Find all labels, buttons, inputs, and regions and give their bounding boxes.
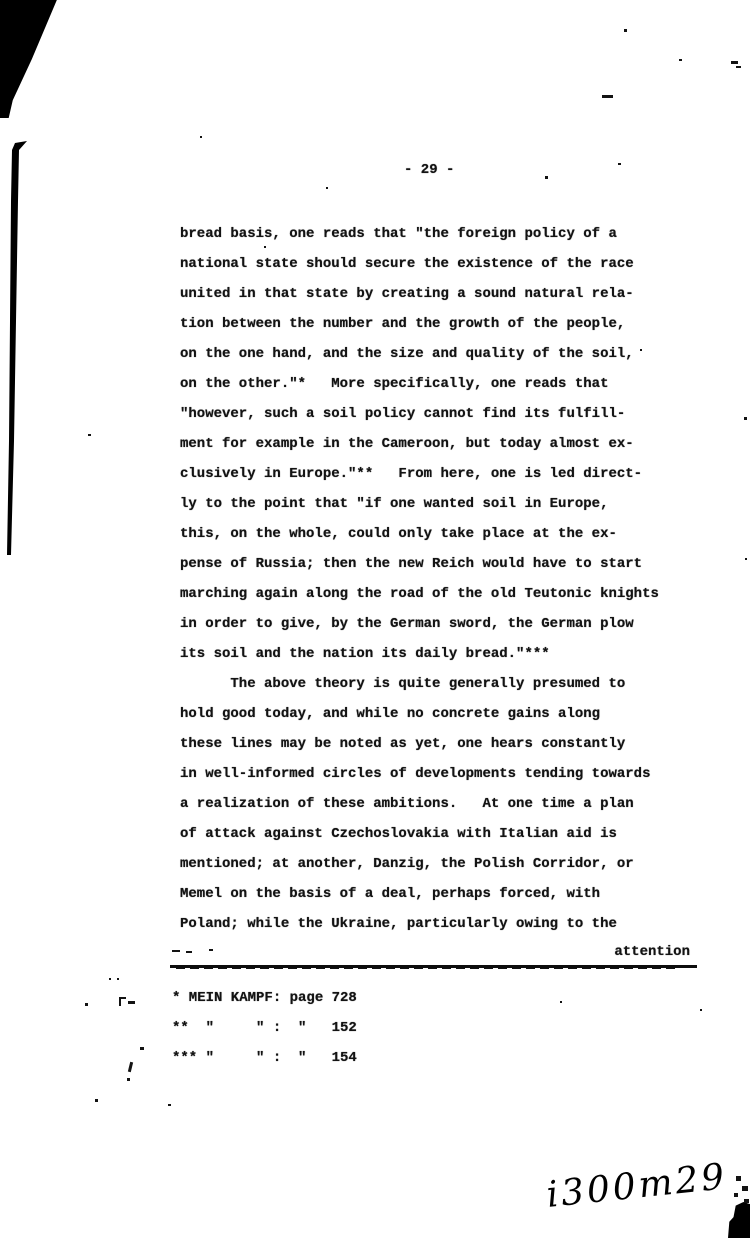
body-line: hold good today, and while no concrete g… (180, 699, 692, 729)
body-line: ment for example in the Cameroon, but to… (180, 429, 692, 459)
handwritten-annotation: i300m29 (540, 1162, 740, 1232)
ink-speckle (200, 136, 202, 138)
ink-speckle (128, 1062, 133, 1072)
body-line: a realization of these ambitions. At one… (180, 789, 692, 819)
catchword: attention (614, 944, 690, 960)
footnote-line: ** " " : " 152 (172, 1013, 357, 1043)
ink-speckle (140, 1047, 144, 1050)
ink-speckle (742, 1186, 748, 1191)
document-page: - 29 - bread basis, one reads that "the … (0, 0, 750, 1238)
body-line: of attack against Czechoslovakia with It… (180, 819, 692, 849)
body-line: The above theory is quite generally pres… (180, 669, 692, 699)
ink-speckle (127, 1078, 130, 1081)
footnote-line: *** " " : " 154 (172, 1043, 357, 1073)
page-number: - 29 - (404, 162, 454, 178)
ink-speckle (745, 558, 747, 560)
body-line: tion between the number and the growth o… (180, 309, 692, 339)
ink-speckle (95, 1099, 98, 1102)
ink-speckle (560, 1001, 562, 1003)
ink-speckle (744, 1199, 749, 1203)
ink-speckle (700, 1009, 702, 1011)
body-text: bread basis, one reads that "the foreign… (180, 219, 692, 939)
body-line: these lines may be noted as yet, one hea… (180, 729, 692, 759)
body-line: clusively in Europe."** From here, one i… (180, 459, 692, 489)
ink-speckle (679, 59, 682, 61)
scan-artifact-left-stroke (0, 141, 30, 561)
body-line: national state should secure the existen… (180, 249, 692, 279)
body-line: mentioned; at another, Danzig, the Polis… (180, 849, 692, 879)
ink-speckle (109, 978, 111, 980)
body-line: on the other."* More specifically, one r… (180, 369, 692, 399)
body-line: ly to the point that "if one wanted soil… (180, 489, 692, 519)
ink-speckle (736, 66, 741, 68)
body-line: in order to give, by the German sword, t… (180, 609, 692, 639)
ink-speckle (545, 176, 548, 179)
body-line: on the one hand, and the size and qualit… (180, 339, 692, 369)
ink-speckle (117, 978, 119, 980)
body-line: marching again along the road of the old… (180, 579, 692, 609)
scan-artifact-corner-fold (0, 0, 58, 118)
footnote-line: * MEIN KAMPF: page 728 (172, 983, 357, 1013)
body-line: this, on the whole, could only take plac… (180, 519, 692, 549)
ink-speckle (731, 61, 738, 64)
ink-speckle (618, 163, 621, 165)
body-line: Poland; while the Ukraine, particularly … (180, 909, 692, 939)
ink-speckle (119, 997, 126, 999)
body-line: pense of Russia; then the new Reich woul… (180, 549, 692, 579)
handwritten-annotation-text: i300m29 (545, 1162, 729, 1216)
body-line: bread basis, one reads that "the foreign… (180, 219, 692, 249)
catchword-row: attention (180, 941, 690, 962)
ink-speckle (172, 950, 180, 952)
body-line: Memel on the basis of a deal, perhaps fo… (180, 879, 692, 909)
body-line: in well-informed circles of developments… (180, 759, 692, 789)
body-line: united in that state by creating a sound… (180, 279, 692, 309)
ink-speckle (168, 1104, 171, 1106)
ink-speckle (88, 434, 91, 436)
footnote-rule (170, 965, 697, 968)
ink-speckle (85, 1003, 88, 1006)
body-line: its soil and the nation its daily bread.… (180, 639, 692, 669)
ink-speckle (602, 95, 613, 98)
footnotes: * MEIN KAMPF: page 728** " " : " 152*** … (172, 983, 357, 1073)
body-line: "however, such a soil policy cannot find… (180, 399, 692, 429)
ink-speckle (624, 29, 627, 32)
ink-speckle (744, 417, 747, 420)
ink-speckle (128, 1001, 135, 1004)
ink-speckle (326, 187, 328, 189)
